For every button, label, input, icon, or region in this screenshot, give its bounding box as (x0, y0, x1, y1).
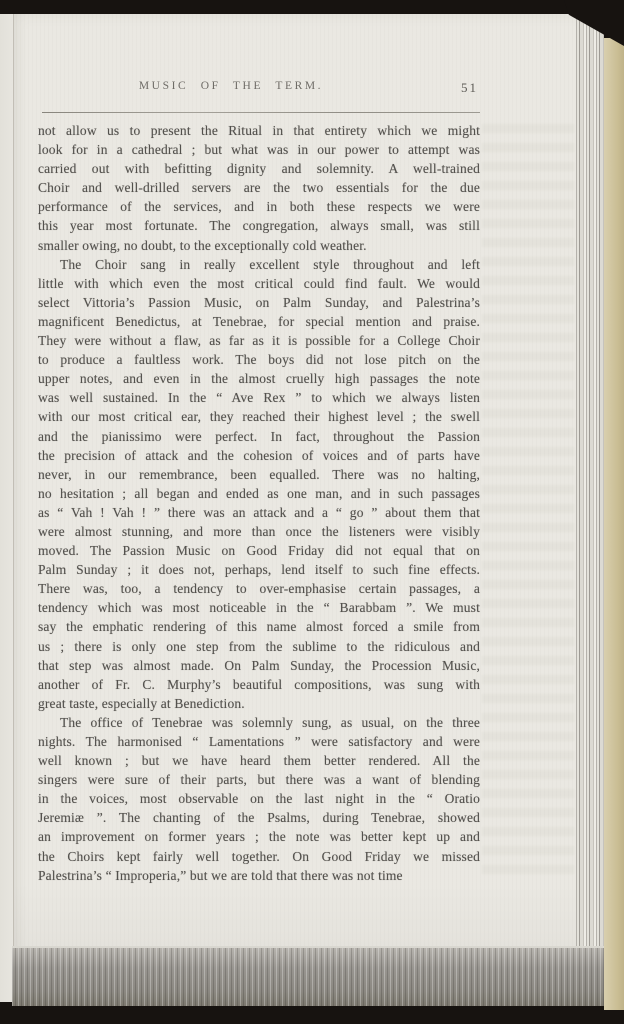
text-line: Palm Sunday ; it does not, perhaps, lend… (38, 560, 480, 579)
text-line: Palestrina’s “ Improperia,” but we are t… (38, 866, 480, 885)
text-line: upper notes, and even in the almost crue… (38, 369, 480, 388)
text-line: magnificent Benedictus, at Tenebrae, for… (38, 312, 480, 331)
text-line: were almost stunning, and more than once… (38, 522, 480, 541)
bottom-page-edges (12, 946, 604, 1006)
show-through-texture (482, 124, 574, 884)
text-line: singers were sure of their parts, but th… (38, 770, 480, 789)
text-line: nights. The harmonised “ Lamentations ” … (38, 732, 480, 751)
text-line: an improvement on former years ; the not… (38, 827, 480, 846)
text-line: with our most critical ear, they reached… (38, 407, 480, 426)
paragraph: The Choir sang in really excellent style… (38, 255, 480, 713)
text-line: There was, too, a tendency to over-empha… (38, 579, 480, 598)
text-line: The Choir sang in really excellent style… (38, 255, 480, 274)
text-line: another of Fr. C. Murphy’s beautiful com… (38, 675, 480, 694)
left-gutter-crease (0, 14, 14, 1002)
text-line: say the emphatic rendering of this name … (38, 617, 480, 636)
text-line: Choir and well-drilled servers are the t… (38, 178, 480, 197)
text-line: moved. The Passion Music on Good Friday … (38, 541, 480, 560)
text-line: was well sustained. In the “ Ave Rex ” t… (38, 388, 480, 407)
text-line: us ; there is only one step from the sub… (38, 637, 480, 656)
fore-edge-stripes (576, 16, 604, 1000)
text-line: well known ; but we have heard them bett… (38, 751, 480, 770)
paragraph: not allow us to present the Ritual in th… (38, 121, 480, 255)
text-line: little with which even the most critical… (38, 274, 480, 293)
page-number: 51 (461, 80, 478, 96)
text-line: no hesitation ; all began and ended as o… (38, 484, 480, 503)
text-line: They were without a flaw, as far as it i… (38, 331, 480, 350)
running-title: MUSIC OF THE TERM. (38, 80, 424, 92)
paragraph: The office of Tenebrae was solemnly sung… (38, 713, 480, 885)
text-line: carried out with befitting dignity and s… (38, 159, 480, 178)
text-line: and the pianissimo were perfect. In fact… (38, 427, 480, 446)
text-line: not allow us to present the Ritual in th… (38, 121, 480, 140)
text-line: never, in our remembrance, been equalled… (38, 465, 480, 484)
photo-background: MUSIC OF THE TERM. 51 not allow us to pr… (0, 0, 624, 1024)
page-body: not allow us to present the Ritual in th… (38, 121, 480, 885)
header-rule (42, 112, 480, 113)
text-line: tendency which was most noticeable in th… (38, 598, 480, 617)
text-line: to produce a faultless work. The boys di… (38, 350, 480, 369)
text-line: The office of Tenebrae was solemnly sung… (38, 713, 480, 732)
page-header: MUSIC OF THE TERM. 51 (38, 80, 480, 100)
text-line: the Choirs kept fairly well together. On… (38, 847, 480, 866)
text-line: Jeremiæ ”. The chanting of the Psalms, d… (38, 808, 480, 827)
text-line: this year most fortunate. The congregati… (38, 216, 480, 235)
text-line: select Vittoria’s Passion Music, on Palm… (38, 293, 480, 312)
cover-edge (604, 38, 624, 1010)
text-line: smaller owing, no doubt, to the exceptio… (38, 236, 480, 255)
text-line: great taste, especially at Benediction. (38, 694, 480, 713)
text-line: look for in a cathedral ; but what was i… (38, 140, 480, 159)
text-line: performance of the services, and in both… (38, 197, 480, 216)
text-line: as “ Vah ! Vah ! ” there was an attack a… (38, 503, 480, 522)
text-line: in the voices, most observable on the la… (38, 789, 480, 808)
text-line: the precision of attack and the cohesion… (38, 446, 480, 465)
text-line: that step was almost made. On Palm Sunda… (38, 656, 480, 675)
book-page: MUSIC OF THE TERM. 51 not allow us to pr… (0, 14, 604, 1002)
